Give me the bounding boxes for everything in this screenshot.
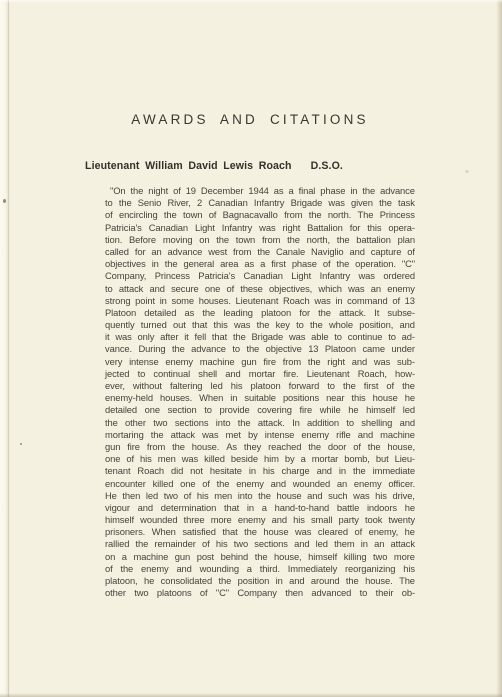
- citation-line: Company,PrincessPatricia'sCanadianLightI…: [105, 270, 415, 282]
- page-content: AWARDS AND CITATIONS Lieutenant William …: [85, 0, 415, 599]
- citation-line: Platoondetailedastheleadingplatoonforthe…: [105, 307, 415, 319]
- citation-award-abbreviation: D.S.O.: [311, 160, 343, 172]
- citation-header: Lieutenant William David Lewis RoachD.S.…: [85, 160, 415, 172]
- scan-speck: [20, 443, 22, 445]
- citation-line: theothertwosectionsintotheattack.Inaddit…: [105, 417, 415, 429]
- page-edge-right: [496, 0, 502, 697]
- citation-body: "Onthenightof19December1944asafinalphase…: [105, 185, 415, 599]
- citation-line: vance.Duringtheadvancetotheobjective13Pl…: [105, 343, 415, 355]
- citation-line: tion.Beforemovingonthetownfromthenorth,t…: [105, 234, 415, 246]
- citation-line: ofencirclingthetownofBagnacavallofromthe…: [105, 209, 415, 221]
- citation-line: vigouranddeterminationthatinahand-to-han…: [105, 502, 415, 514]
- citation-line: encounterkilledoneoftheenemyandwoundedan…: [105, 478, 415, 490]
- citation-line: enemy-heldhouses.Wheninsuitablepositions…: [105, 392, 415, 404]
- citation-line: itwasonlyafteritfellthattheBrigadewasabl…: [105, 331, 415, 343]
- citation-line: platoon,heconsolidatedthepositioninandar…: [105, 575, 415, 587]
- citation-line: tenantRoachdidnothesitateinhischargeandi…: [105, 465, 415, 477]
- citation-line: Patricia'sCanadianLightInfantrywasrightB…: [105, 222, 415, 234]
- citation-line: oneofhismenwaskilledbesidehimbyamortarbo…: [105, 453, 415, 465]
- citation-line: himselfwoundedthreemoreenemyandhissmallp…: [105, 514, 415, 526]
- citation-line: ever,withoutfalteringledhisplatoonforwar…: [105, 380, 415, 392]
- scan-speck: [3, 199, 6, 203]
- citation-line: calledforanadvancewestfromtheCanaleNavig…: [105, 246, 415, 258]
- page-title: AWARDS AND CITATIONS: [85, 112, 415, 127]
- citation-line: ralliedtheremainderofhistwosectionsandle…: [105, 538, 415, 550]
- citation-line: "Onthenightof19December1944asafinalphase…: [105, 185, 415, 197]
- citation-line: mortaringtheattackwasmetbyintenseenemyri…: [105, 429, 415, 441]
- citation-line: jectedtocontinualshellandmortarfire.Lieu…: [105, 368, 415, 380]
- citation-line: oftheenemyandwoundingathird.Immediatelyr…: [105, 563, 415, 575]
- citation-line: prisoners.Whensatisfiedthatthehousewascl…: [105, 526, 415, 538]
- citation-line: totheSenioRiver,2CanadianInfantryBrigade…: [105, 197, 415, 209]
- citation-line: gunfirefromthehouse.Astheyreachedthedoor…: [105, 441, 415, 453]
- citation-line: objectivesinthegeneralareaasafirstphaseo…: [105, 258, 415, 270]
- scan-speck: [465, 170, 469, 173]
- citation-line: onamachinegunpostbehindthehouse,himselfk…: [105, 551, 415, 563]
- page-edge-left: [0, 0, 10, 697]
- citation-line: detailedonesectiontoprovidecoveringfirew…: [105, 404, 415, 416]
- citation-line: veryintenseenemymachinegunfirefromtherig…: [105, 356, 415, 368]
- citation-recipient-name: Lieutenant William David Lewis Roach: [85, 160, 292, 172]
- citation-line: quentlyturnedoutthatthiswasthekeytothewh…: [105, 319, 415, 331]
- citation-line: othertwoplatoonsof"C"Companythenadvanced…: [105, 587, 415, 599]
- scanned-page: AWARDS AND CITATIONS Lieutenant William …: [0, 0, 502, 697]
- citation-line: Hethenledtwoofhismenintothehouseandsuchw…: [105, 490, 415, 502]
- page-edge-bottom: [0, 693, 502, 697]
- citation-line: toattackandsecureoneoftheseobjectives,wh…: [105, 283, 415, 295]
- citation-line: strongpointinsomehouses.LieutenantRoachw…: [105, 295, 415, 307]
